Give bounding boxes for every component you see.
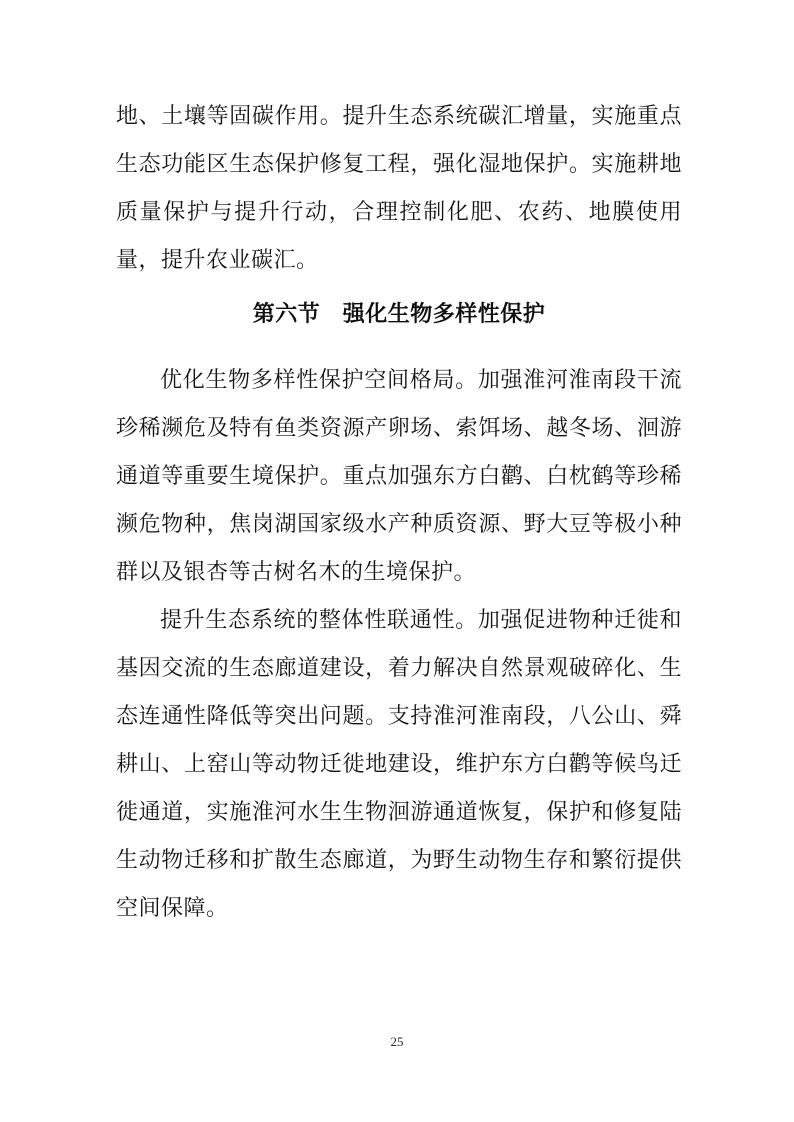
- paragraph-continuation: 地、土壤等固碳作用。提升生态系统碳汇增量，实施重点生态功能区生态保护修复工程，强…: [116, 92, 682, 284]
- section-heading: 第六节 强化生物多样性保护: [116, 290, 682, 338]
- page-number: 25: [0, 1034, 794, 1050]
- paragraph-biodiversity-pattern: 优化生物多样性保护空间格局。加强淮河淮南段干流珍稀濒危及特有鱼类资源产卵场、索饵…: [116, 356, 682, 596]
- page-content: 地、土壤等固碳作用。提升生态系统碳汇增量，实施重点生态功能区生态保护修复工程，强…: [116, 92, 682, 932]
- paragraph-ecosystem-connectivity: 提升生态系统的整体性联通性。加强促进物种迁徙和基因交流的生态廊道建设，着力解决自…: [116, 596, 682, 932]
- document-page: 地、土壤等固碳作用。提升生态系统碳汇增量，实施重点生态功能区生态保护修复工程，强…: [0, 0, 794, 1122]
